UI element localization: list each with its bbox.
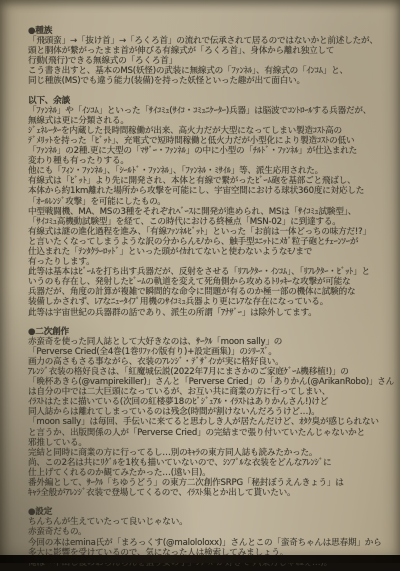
text-line: こう書き出すと、基本のMS(妖怪)の武装に無線式の「ﾌｧﾝﾈﾙ」、有線式の「ｲﾝ… [28, 66, 380, 76]
section-digression: 以下、余談 「ﾌｧﾝﾈﾙ」や「ｲﾝｺﾑ」といった「ｻｲｺﾐｭ(ｻｲｺ・ｺﾐｭﾆｹ… [28, 96, 380, 318]
section-setting-heading: ●設定 [28, 507, 380, 517]
section-digression-body: 「ﾌｧﾝﾈﾙ」や「ｲﾝｺﾑ」といった「ｻｲｺﾐｭ(ｻｲｺ・ｺﾐｭﾆｹｰﾀｰ)兵器… [28, 106, 380, 318]
text-line: 番外編として、ｻｰｸﾙ「ちゆうどう」の東方二次創作SRPG「秘封ぼうえんきょう」… [28, 478, 380, 488]
section-species-heading: ●種族 [28, 26, 380, 36]
text-line: 装備しかされず、ﾚｱなﾆｭｰﾀｲﾌﾟ用機のｻｲｺﾐｭ兵器より更にﾚｱな存在になっ… [28, 297, 380, 307]
scan-edge [0, 555, 400, 563]
text-line: ｲﾗｽﾄはたまに描いている(次回の紅楼夢18のﾋﾞｼﾞｭｱﾙ・ｲﾗｽﾄはありかん… [28, 397, 380, 407]
text-line: 邪推している。 [28, 438, 380, 448]
text-line: 完結と同時に商業の方に行ってるし…別のｷｬﾗの東方同人誌も読みたかった。 [28, 448, 380, 458]
text-line: 本体から約1km離れた場所から攻撃を可能にし、宇宙空間における球状360度に対応… [28, 186, 380, 196]
text-line: ちんちんが生えていたって良いじゃない。 [28, 517, 380, 527]
text-line: 変わり種も有ったりする。 [28, 156, 380, 166]
text-line: 有線式は謎の進化過程を進み、「有線ﾌｧﾝﾈﾙﾋﾞｯﾄ」といった「お前は一体どっち… [28, 227, 380, 237]
section-species: ●種族 「飛頭蛮」→「抜け首」→「ろくろ首」の流れで伝承されて居るのではないかと… [28, 26, 380, 87]
text-line: 「飛頭蛮」→「抜け首」→「ろくろ首」の流れで伝承されて居るのではないかと前述した… [28, 36, 380, 46]
text-line: 仕上げてくれるのか観てみたかった…(遠い目)。 [28, 468, 380, 478]
section-fanworks-body: 赤蛮奇を使った同人誌として大好きなのは、ｻｰｸﾙ「moon sally」の「Pe… [28, 337, 380, 499]
text-line: 仕込まれた「ﾃﾝﾀｸﾗｰﾛｯﾄﾞ」といった頭がｲｶれてないと使わないようなﾓﾉま… [28, 247, 380, 257]
section-species-body: 「飛頭蛮」→「抜け首」→「ろくろ首」の流れで伝承されて居るのではないかと前述した… [28, 36, 380, 86]
text-line: 中型戦闘機、MA、MSの3種をそれぞれﾍﾞｰｽに開発が進められ、MSは「ｻｲｺﾐ… [28, 207, 380, 217]
section-fanworks-heading: ●二次創作 [28, 327, 380, 337]
text-line: 今回の本はemina氏が「まろっくす(@malololoxx)」さんとこの「蛮奇… [28, 538, 380, 548]
text-line: 行動(飛行)できる無線式の「ろくろ首」 [28, 56, 380, 66]
text-line: 此等は基本はﾋﾞｰﾑを打ち出す兵器だが、反射をさせる「ﾘﾌﾚｸﾀｰ・ｲﾝｺﾑ」、… [28, 267, 380, 277]
text-line: 尚、この2名は共にﾘｸﾞﾙを1枚も描いていないので、ｼﾝﾌﾟﾙな衣装をどんなｱﾚ… [28, 458, 380, 468]
text-line: 無線式は更に分類される。 [28, 116, 380, 126]
text-line: 兵器だが、角度の計算が複雑で瞬間的な命令に問題が有るのか極一部の機体に試験的な [28, 287, 380, 297]
text-line: 有線式は「ﾋﾞｯﾄ」より先に開発され、本体と有線で繋がったﾋﾞｰﾑ砲を基部ごと飛… [28, 176, 380, 186]
text-line: ｱﾚﾝｼﾞ衣装の格好良さは、「紅魔城伝説(2022年7月にまさかのご家庭ｹﾞｰﾑ… [28, 367, 380, 377]
text-line: 赤蛮奇を使った同人誌として大好きなのは、ｻｰｸﾙ「moon sally」の [28, 337, 380, 347]
text-line: 「ｵｰﾙﾚﾝｼﾞ攻撃」を可能にしたもの。 [28, 197, 380, 207]
text-line: と言うか、出版関係の人が「Perverse Cried」の完結まで張り付いていた… [28, 428, 380, 438]
text-line: ｼﾞｪﾈﾚｰﾀｰを内蔵した長時間稼働が出来、高火力だが大型になってしまい製造ｺｽ… [28, 126, 380, 136]
text-line: 同じ種族(MS)でも違う能力(装備)を持った妖怪といった趣が出て面白い。 [28, 76, 380, 86]
text-line: 有ったりします。 [28, 257, 380, 267]
section-fanworks: ●二次創作 赤蛮奇を使った同人誌として大好きなのは、ｻｰｸﾙ「moon sall… [28, 327, 380, 499]
text-line: 「晩杯あきら(@vampirekiller)」さんと「Perverse Crie… [28, 377, 380, 387]
text-line: 同人誌からは離れてしまっているのは残念(時間が割けないんだろうけど…)。 [28, 407, 380, 417]
text-line: いうのも存在し、発射したﾋﾞｰﾑの軌道を変えて死角側から攻めるﾄﾘｯｷｰな攻撃が… [28, 277, 380, 287]
text-line: 頭と胴体が繋がったまま首が伸びる有線式が「ろくろ首」、身体から離れ独立して [28, 46, 380, 56]
text-line: 「ﾌｧﾝﾈﾙ」の2種.更に大型の「ﾏｻﾞｰ・ﾌｧﾝﾈﾙ」の中に小型の「ﾁﾙﾄﾞ・… [28, 146, 380, 156]
text-line: 此等は宇宙世紀の兵器群の話であり、派生の所謂「ｱﾅｻﾞｰ」は除外してます。 [28, 308, 380, 318]
text-line: 「Perverse Cried(全4巻(1巻ﾘﾌｧｲﾝ版有り)+設定画集)」のｼ… [28, 347, 380, 357]
text-line: ﾃﾞﾒﾘｯﾄを持った「ﾋﾞｯﾄ」、充電式で短時間稼働と低火力だが小型化により製造… [28, 136, 380, 146]
text-line: 「moon sally」は毎回、手伝いに来てると思わしき人が居たんだけど、ｵﾀｸ… [28, 417, 380, 427]
text-line: 他にも「ﾌｨﾝ・ﾌｧﾝﾈﾙ」、「ｼｰﾙﾄﾞ・ﾌｧﾝﾈﾙ」、「ﾌｧﾝﾈﾙ・ﾐｻｲﾙ… [28, 166, 380, 176]
text-line: と言いたくなってしまうような訳の分からんﾓﾉから、触手型ﾕﾆｯﾄにﾒｶﾞ粒子砲と… [28, 237, 380, 247]
text-line: は自分の中では二大巨頭になっているが、お互い共に商業の方に行ってしまい、 [28, 387, 380, 397]
text-line: 「ﾌｧﾝﾈﾙ」や「ｲﾝｺﾑ」といった「ｻｲｺﾐｭ(ｻｲｺ・ｺﾐｭﾆｹｰﾀｰ)兵器… [28, 106, 380, 116]
text-line: ｷｬﾗ全般がｱﾚﾝｼﾞ衣装で登場してくるので、ｲﾗｽﾄ集とか出して貰いたい。 [28, 488, 380, 498]
section-digression-heading: 以下、余談 [28, 96, 380, 106]
page-text: ●種族 「飛頭蛮」→「抜け首」→「ろくろ首」の流れで伝承されて居るのではないかと… [28, 26, 380, 571]
text-line: 「ｻｲｺﾐｭ高機動試験型」を経て、この時代における終極点「MSN-02」に到達す… [28, 217, 380, 227]
text-line: 赤蛮奇だもの。 [28, 527, 380, 537]
scanned-page: ●種族 「飛頭蛮」→「抜け首」→「ろくろ首」の流れで伝承されて居るのではないかと… [0, 0, 400, 563]
text-line: 画力の高さもさる事ながら、衣装のｱﾚﾝｼﾞ・ﾃﾞｻﾞｲﾝが実に格好良い。 [28, 357, 380, 367]
